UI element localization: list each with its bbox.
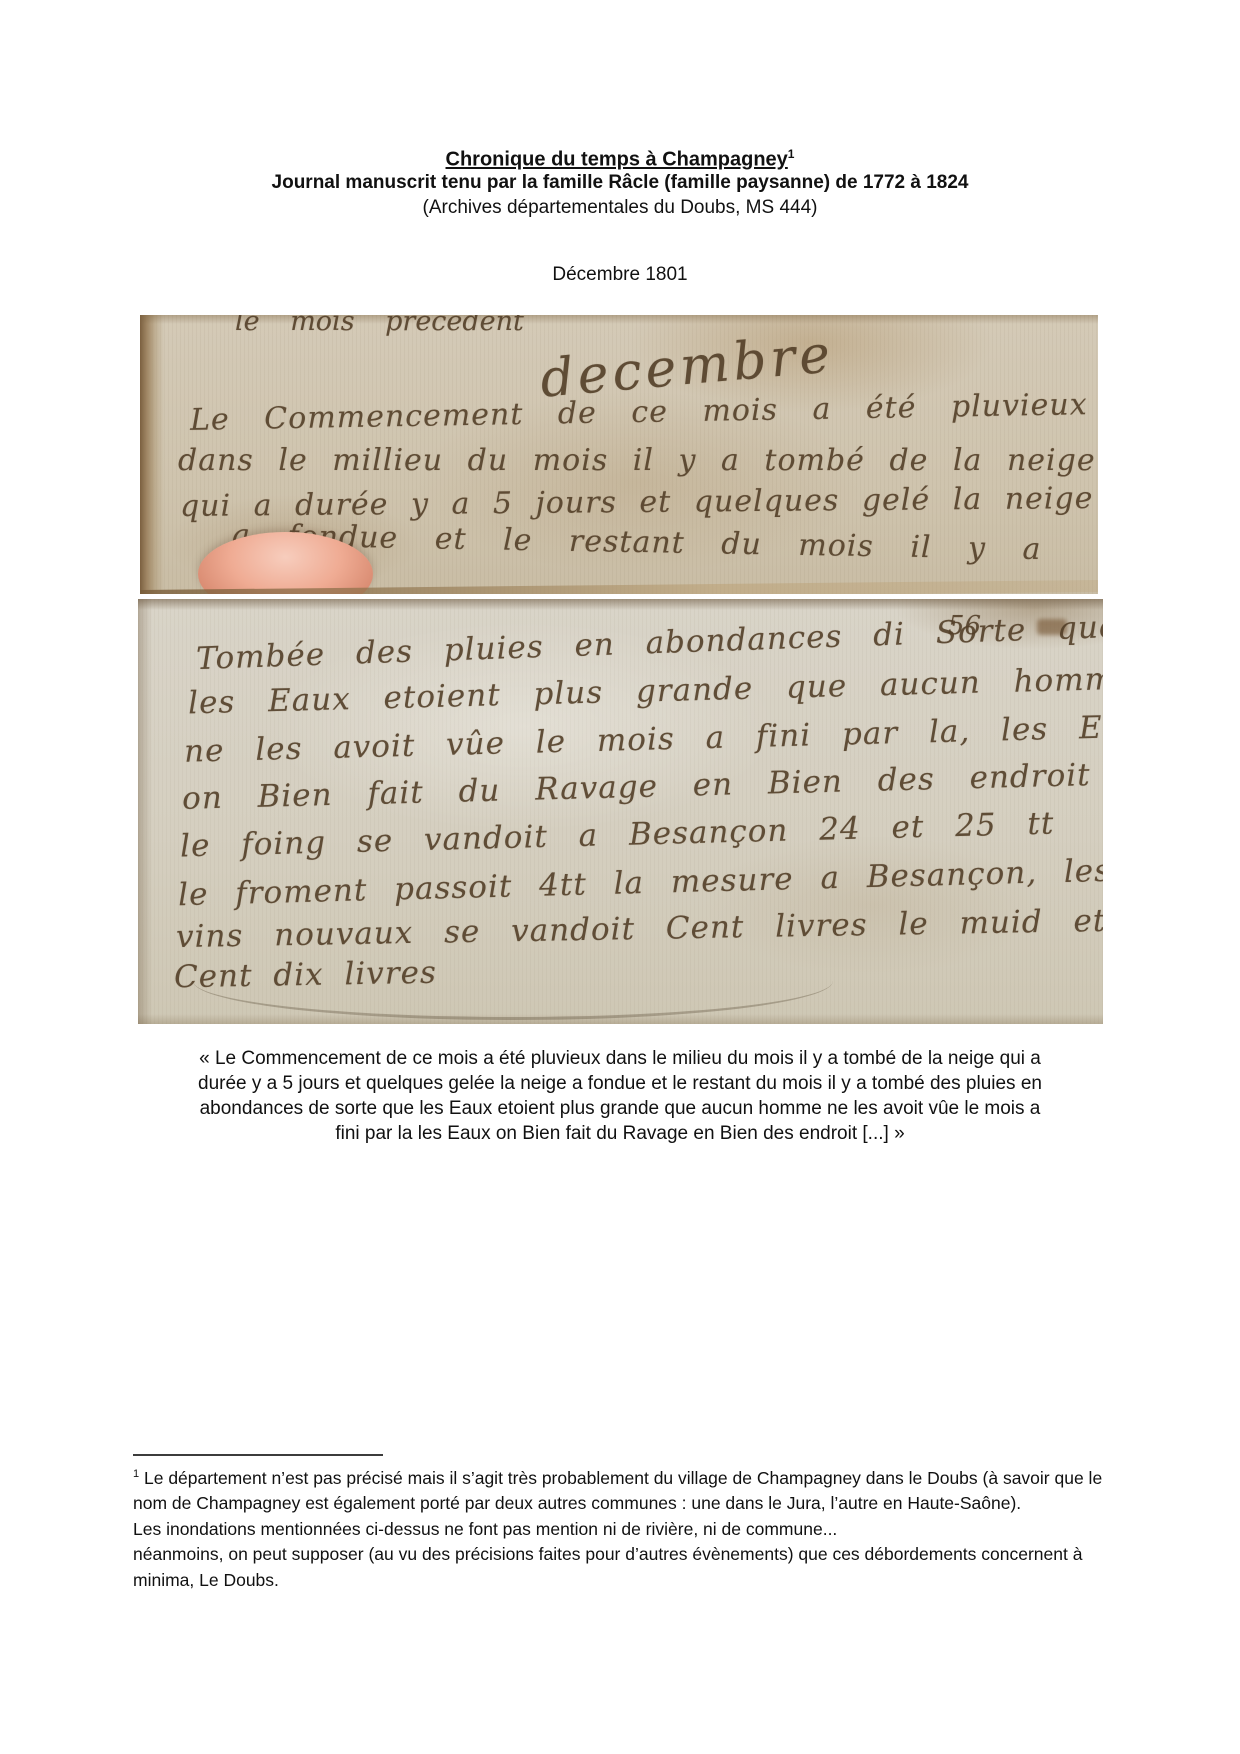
page-title: Chronique du temps à Champagney1 bbox=[0, 147, 1240, 172]
transcription-line: « Le Commencement de ce mois a été pluvi… bbox=[120, 1046, 1120, 1071]
manuscript-line: Le Commencement de ce mois a été pluvieu… bbox=[190, 387, 1088, 438]
transcription-line: abondances de sorte que les Eaux etoient… bbox=[120, 1096, 1120, 1121]
footnote-separator bbox=[133, 1454, 383, 1456]
manuscript-line: le foing se vandoit a Besançon 24 et 25 … bbox=[180, 806, 1055, 865]
section-heading-december-1801: Décembre 1801 bbox=[0, 264, 1240, 286]
footnote-paragraph: Les inondations mentionnées ci-dessus ne… bbox=[133, 1517, 1110, 1543]
footnote-paragraph: 1 Le département n’est pas précisé mais … bbox=[133, 1462, 1110, 1517]
manuscript-photo-top: le mois precedent decembre Le Commenceme… bbox=[140, 315, 1098, 594]
manuscript-line: le mois precedent bbox=[235, 315, 524, 337]
title-footnote-reference: 1 bbox=[788, 147, 795, 161]
pencil-curve bbox=[193, 981, 833, 1020]
page-title-text: Chronique du temps à Champagney bbox=[446, 149, 788, 171]
manuscript-line: vins nouvaux se vandoit Cent livres le m… bbox=[176, 903, 1103, 955]
footnote-marker: 1 bbox=[133, 1468, 139, 1480]
manuscript-line: le froment passoit 4tt la mesure a Besan… bbox=[178, 853, 1103, 913]
archive-source-line: (Archives départementales du Doubs, MS 4… bbox=[0, 197, 1240, 219]
transcription-line: durée y a 5 jours et quelques gelée la n… bbox=[120, 1071, 1120, 1096]
manuscript-line: qui a durée y a 5 jours et quelques gelé… bbox=[180, 481, 1094, 524]
transcription-quote: « Le Commencement de ce mois a été pluvi… bbox=[120, 1046, 1120, 1146]
manuscript-line: dans le millieu du mois il y a tombé de … bbox=[178, 443, 1096, 478]
transcription-line: fini par la les Eaux on Bien fait du Rav… bbox=[120, 1121, 1120, 1146]
page-subtitle: Journal manuscrit tenu par la famille Râ… bbox=[0, 172, 1240, 194]
document-page: Chronique du temps à Champagney1 Journal… bbox=[0, 0, 1240, 1754]
footnote-paragraph: néanmoins, on peut supposer (au vu des p… bbox=[133, 1542, 1110, 1593]
footnote: 1 Le département n’est pas précisé mais … bbox=[133, 1462, 1110, 1593]
manuscript-photo-bottom: 56 Tombée des pluies en abondances di So… bbox=[138, 599, 1103, 1024]
